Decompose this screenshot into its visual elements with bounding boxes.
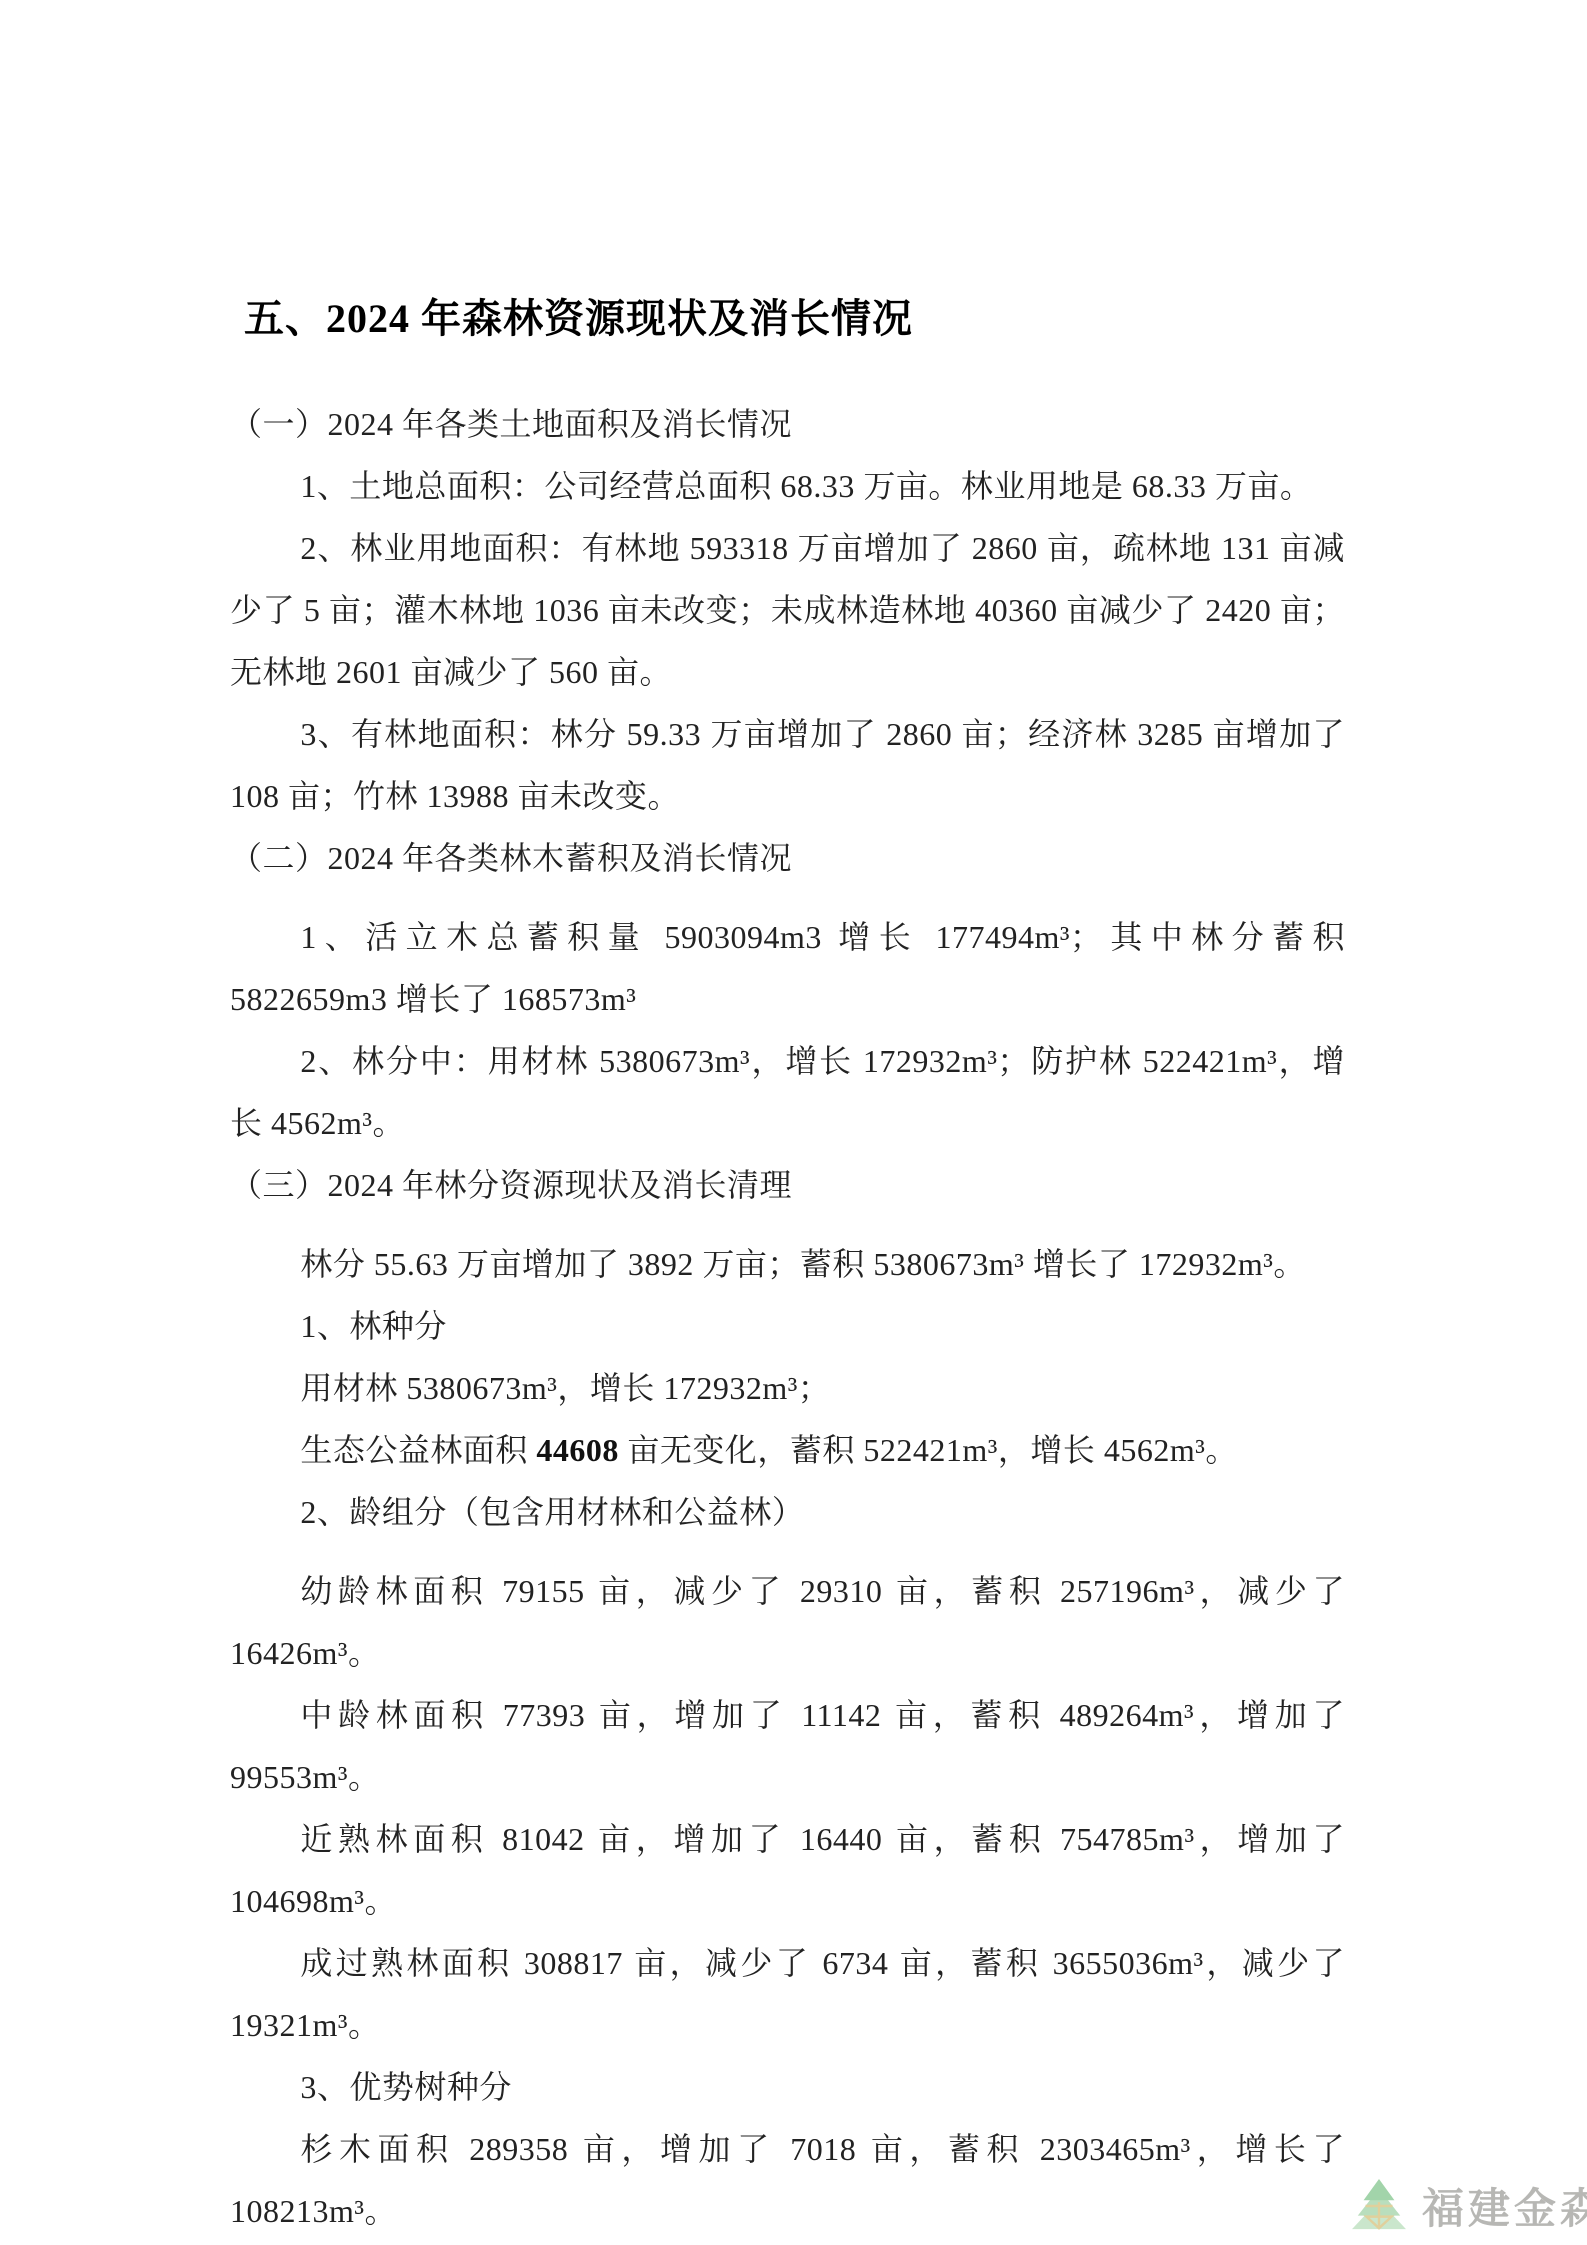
para-forestry-land-area: 2、林业用地面积：有林地 593318 万亩增加了 2860 亩，疏林地 131… [230, 517, 1345, 703]
para-middle-age-forest: 中龄林面积 77393 亩，增加了 11142 亩，蓄积 489264m³，增加… [230, 1684, 1345, 1808]
eco-forest-suffix: 亩无变化，蓄积 522421m³，增长 4562m³。 [619, 1432, 1238, 1468]
para-timber-forest: 用材林 5380673m³，增长 172932m³； [230, 1357, 1345, 1419]
para-forested-land-area: 3、有林地面积：林分 59.33 万亩增加了 2860 亩；经济林 3285 亩… [230, 703, 1345, 827]
logo-text: 福建金森 [1422, 2176, 1587, 2236]
company-logo: 福建金森 [1350, 2176, 1587, 2236]
para-age-group-label: 2、龄组分（包含用材林和公益林） [230, 1481, 1345, 1543]
para-stand-breakdown: 2、林分中：用材林 5380673m³，增长 172932m³；防护林 5224… [230, 1030, 1345, 1154]
pine-tree-icon [1350, 2179, 1408, 2233]
para-stand-summary: 林分 55.63 万亩增加了 3892 万亩；蓄积 5380673m³ 增长了 … [230, 1233, 1345, 1295]
para-standing-volume: 1、活立木总蓄积量 5903094m3 增长 177494m³；其中林分蓄积 5… [230, 906, 1345, 1030]
document-page: 五、2024 年森林资源现状及消长情况 （一）2024 年各类土地面积及消长情况… [0, 0, 1587, 2245]
para-land-total-area: 1、土地总面积：公司经营总面积 68.33 万亩。林业用地是 68.33 万亩。 [230, 455, 1345, 517]
section-1-heading: （一）2024 年各类土地面积及消长情况 [230, 393, 1345, 455]
para-mature-overmature-forest: 成过熟林面积 308817 亩，减少了 6734 亩，蓄积 3655036m³，… [230, 1932, 1345, 2056]
doc-title: 五、2024 年森林资源现状及消长情况 [244, 297, 1345, 341]
para-eco-forest: 生态公益林面积 44608 亩无变化，蓄积 522421m³，增长 4562m³… [230, 1419, 1345, 1481]
eco-forest-bold-value: 44608 [536, 1432, 619, 1468]
document-content: 五、2024 年森林资源现状及消长情况 （一）2024 年各类土地面积及消长情况… [230, 297, 1345, 2242]
para-dominant-species-label: 3、优势树种分 [230, 2056, 1345, 2118]
section-3-heading: （三）2024 年林分资源现状及消长清理 [230, 1154, 1345, 1216]
para-fir-area: 杉木面积 289358 亩，增加了 7018 亩，蓄积 2303465m³，增长… [230, 2118, 1345, 2242]
section-2-heading: （二）2024 年各类林木蓄积及消长情况 [230, 827, 1345, 889]
para-forest-category-label: 1、林种分 [230, 1295, 1345, 1357]
para-young-forest: 幼龄林面积 79155 亩，减少了 29310 亩，蓄积 257196m³，减少… [230, 1560, 1345, 1684]
para-near-mature-forest: 近熟林面积 81042 亩，增加了 16440 亩，蓄积 754785m³，增加… [230, 1808, 1345, 1932]
eco-forest-prefix: 生态公益林面积 [300, 1432, 536, 1468]
